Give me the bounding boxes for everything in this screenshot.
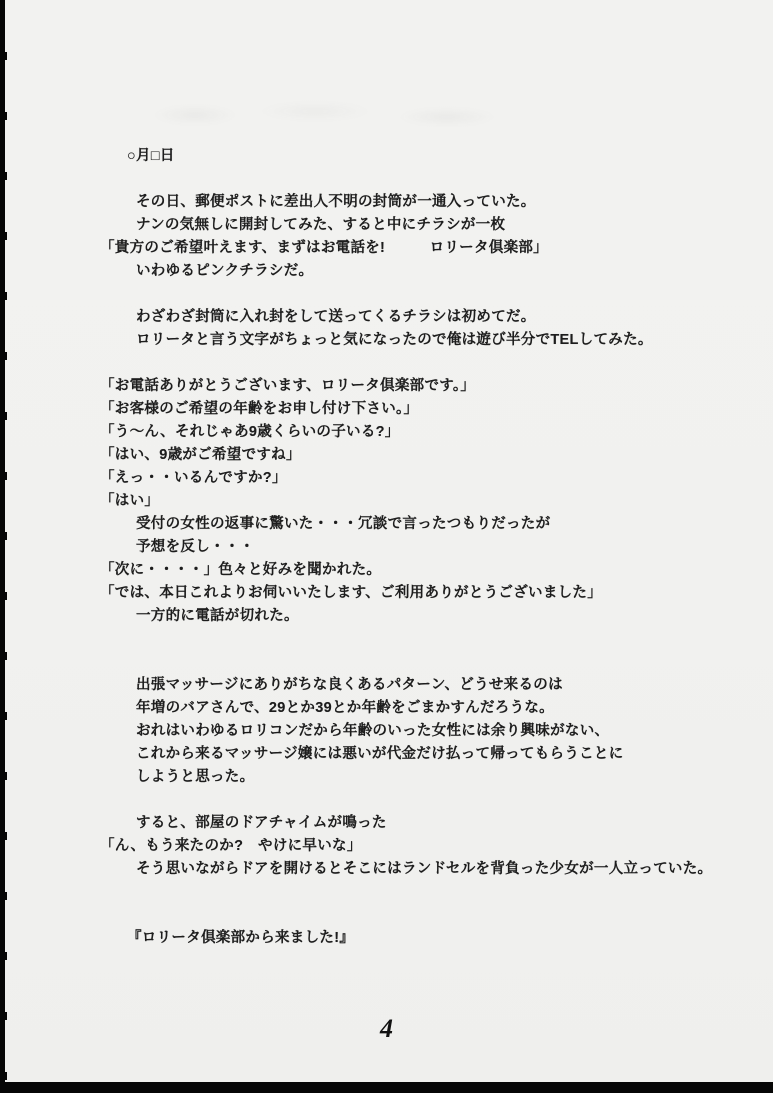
story-text: ○月□日 その日、郵便ポストに差出人不明の封筒が一通入っていた。ナンの気無しに開…: [100, 145, 740, 950]
story-line: ロリータと言う文字がちょっと気になったので俺は遊び半分でTELしてみた。: [136, 329, 740, 352]
story-line: しようと思った。: [136, 766, 740, 789]
story-line: [100, 283, 740, 306]
scan-edge-bottom: [0, 1082, 773, 1093]
story-line: [100, 651, 740, 674]
story-line: ○月□日: [127, 145, 740, 168]
story-line: ナンの気無しに開封してみた、すると中にチラシが一枚: [136, 214, 740, 237]
story-line: [100, 168, 740, 191]
story-line: 「えっ・・いるんですか?」: [100, 467, 740, 490]
story-line: いわゆるピンクチラシだ。: [136, 260, 740, 283]
story-line: 「はい」: [100, 490, 740, 513]
page-number: 4: [0, 1014, 773, 1044]
story-line: [100, 789, 740, 812]
story-line: 「ん、もう来たのか? やけに早いな」: [100, 835, 740, 858]
story-line: 「次に・・・・」色々と好みを聞かれた。: [100, 559, 740, 582]
story-line: [100, 881, 740, 904]
story-line: 年増のバアさんで、29とか39とか年齢をごまかすんだろうな。: [136, 697, 740, 720]
scanned-page: ○月□日 その日、郵便ポストに差出人不明の封筒が一通入っていた。ナンの気無しに開…: [0, 0, 773, 1093]
story-line: その日、郵便ポストに差出人不明の封筒が一通入っていた。: [136, 191, 740, 214]
story-line: すると、部屋のドアチャイムが鳴った: [136, 812, 740, 835]
story-line: おれはいわゆるロリコンだから年齢のいった女性には余り興味がない、: [136, 720, 740, 743]
story-line: 『ロリータ倶楽部から来ました!』: [127, 927, 740, 950]
story-line: わざわざ封筒に入れ封をして送ってくるチラシは初めてだ。: [136, 306, 740, 329]
story-line: [100, 628, 740, 651]
story-line: 「お客様のご希望の年齢をお申し付け下さい。」: [100, 398, 740, 421]
story-line: 「お電話ありがとうございます、ロリータ倶楽部です。」: [100, 375, 740, 398]
story-line: 「貴方のご希望叶えます、まずはお電話を! ロリータ倶楽部」: [100, 237, 740, 260]
story-line: 受付の女性の返事に驚いた・・・冗談で言ったつもりだったが: [136, 513, 740, 536]
story-line: 「では、本日これよりお伺いいたします、ご利用ありがとうございました」: [100, 582, 740, 605]
story-line: 「う～ん、それじゃあ9歳くらいの子いる?」: [100, 421, 740, 444]
story-line: これから来るマッサージ嬢には悪いが代金だけ払って帰ってもらうことに: [136, 743, 740, 766]
ink-bleedthrough-smudge: [135, 96, 535, 134]
story-line: [100, 904, 740, 927]
story-line: 「はい、9歳がご希望ですね」: [100, 444, 740, 467]
story-line: [100, 352, 740, 375]
story-line: 出張マッサージにありがちな良くあるパターン、どうせ来るのは: [136, 674, 740, 697]
story-line: そう思いながらドアを開けるとそこにはランドセルを背負った少女が一人立っていた。: [136, 858, 740, 881]
story-line: 一方的に電話が切れた。: [136, 605, 740, 628]
story-line: 予想を反し・・・: [136, 536, 740, 559]
scan-edge-left: [0, 0, 5, 1093]
